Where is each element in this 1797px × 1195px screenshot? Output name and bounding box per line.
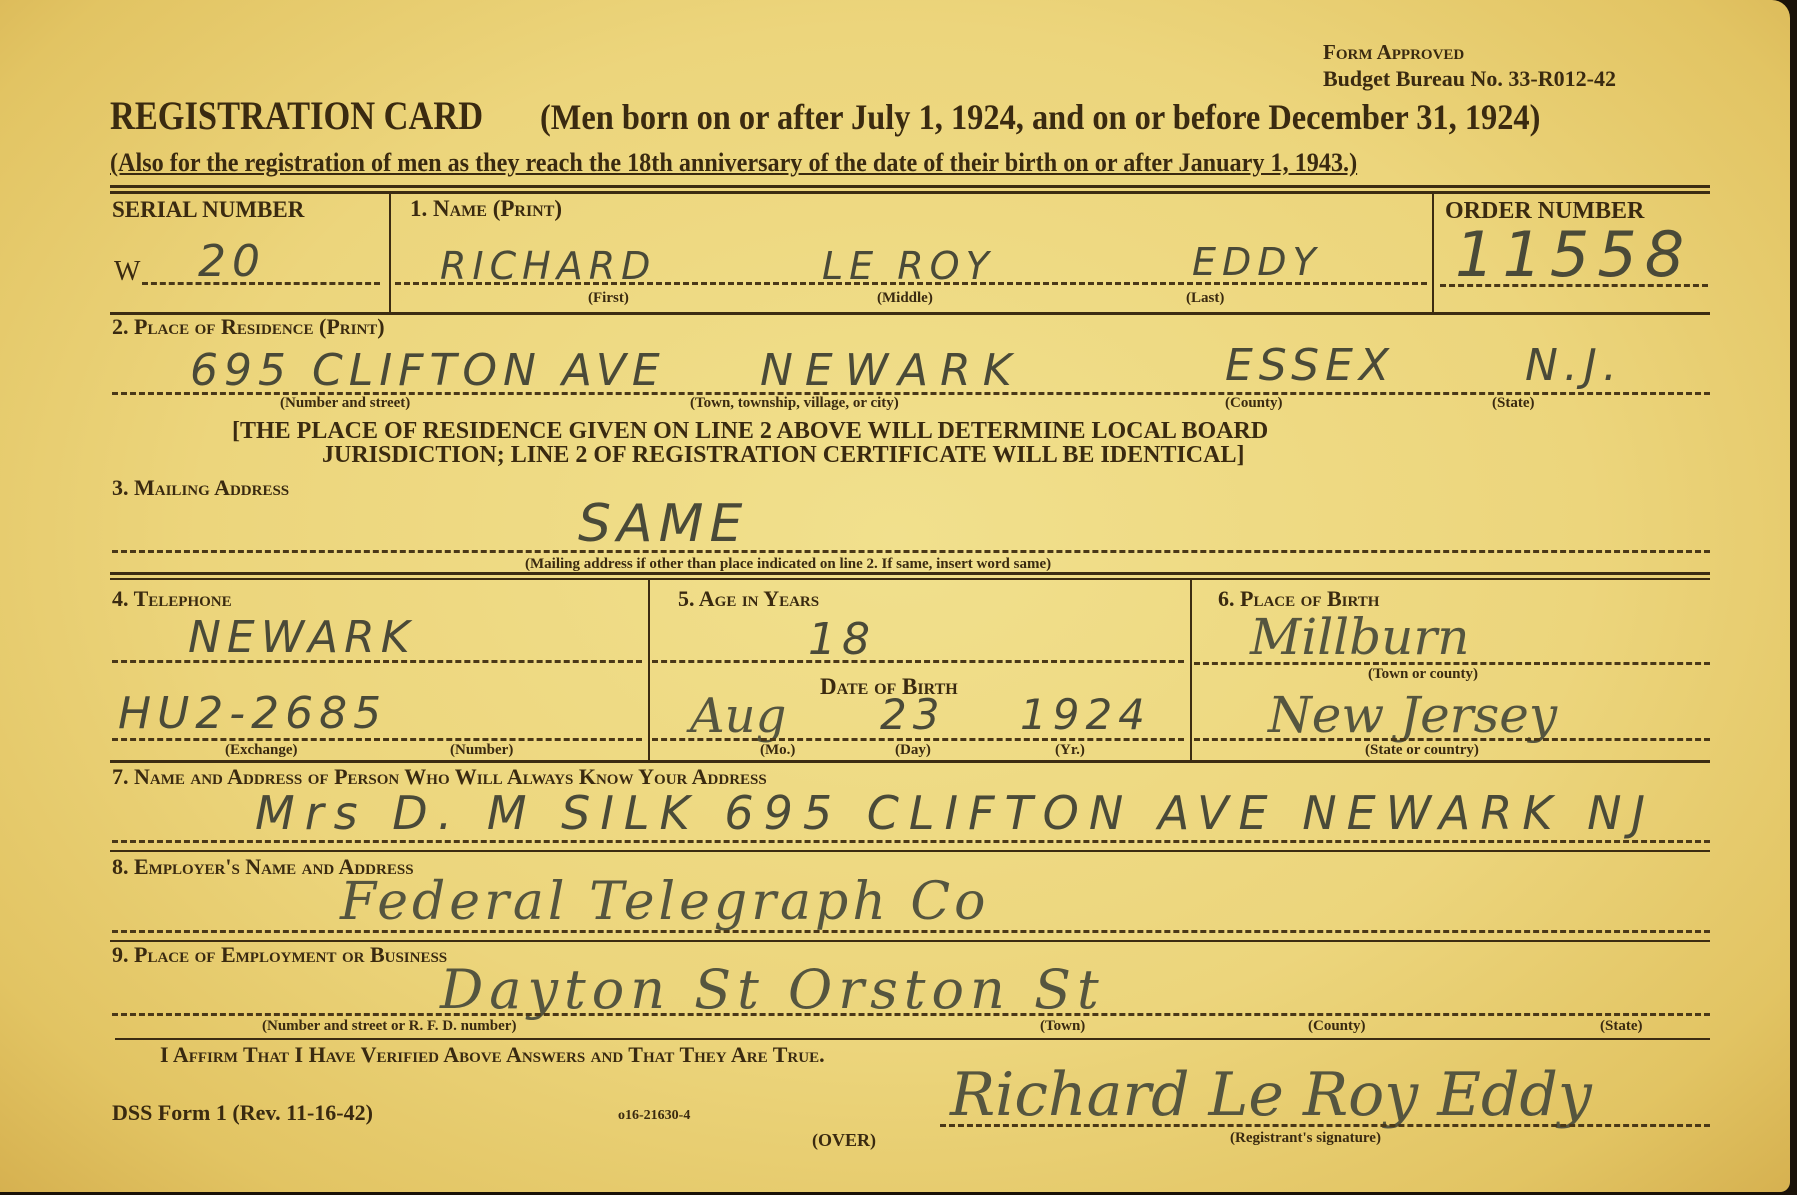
employment-state-caption: (State) <box>1600 1018 1642 1035</box>
registration-card: Form Approved Budget Bureau No. 33-R012-… <box>0 0 1790 1192</box>
birth-day-value: 23 <box>880 690 945 739</box>
employment-street-caption: (Number and street or R. F. D. number) <box>262 1018 516 1035</box>
middle-caption: (Middle) <box>877 290 933 307</box>
street-caption: (Number and street) <box>280 395 410 412</box>
first-name-value: RICHARD <box>440 244 656 288</box>
county-caption: (County) <box>1225 395 1283 412</box>
contact-person-value: Mrs D. M SILK 695 CLIFTON AVE NEWARK NJ <box>255 786 1655 840</box>
age-label: 5. Age in Years <box>678 586 819 612</box>
signature-caption: (Registrant's signature) <box>1230 1130 1381 1147</box>
age-value: 18 <box>808 614 876 665</box>
form-approved: Form Approved <box>1323 40 1464 65</box>
birth-month-value: Aug <box>690 688 786 744</box>
registrant-signature: Richard Le Roy Eddy <box>950 1060 1592 1130</box>
telephone-number-value: HU2-2685 <box>118 688 387 739</box>
serial-number-value: 20 <box>198 236 266 287</box>
year-caption: (Yr.) <box>1055 742 1085 759</box>
first-caption: (First) <box>588 290 629 307</box>
subtitle: (Also for the registration of men as the… <box>110 148 1357 178</box>
birth-town-value: Millburn <box>1250 608 1469 666</box>
name-label: 1. Name (Print) <box>410 196 562 222</box>
employment-place-value: Dayton St Orston St <box>440 958 1105 1021</box>
number-caption: (Number) <box>450 742 513 759</box>
print-code: o16-21630-4 <box>618 1108 690 1124</box>
telephone-label: 4. Telephone <box>112 586 232 612</box>
affirmation-text: I Affirm That I Have Verified Above Answ… <box>160 1042 825 1068</box>
order-number-value: 11558 <box>1455 218 1692 291</box>
mailing-caption: (Mailing address if other than place ind… <box>525 556 1051 573</box>
telephone-exchange-value: NEWARK <box>188 612 416 663</box>
residence-county-value: ESSEX <box>1225 340 1395 391</box>
over-label: (OVER) <box>812 1130 876 1151</box>
birth-town-caption: (Town or county) <box>1368 666 1478 683</box>
exchange-caption: (Exchange) <box>225 742 298 759</box>
month-caption: (Mo.) <box>760 742 795 759</box>
last-caption: (Last) <box>1186 290 1224 307</box>
page-title: REGISTRATION CARD <box>110 92 483 139</box>
budget-bureau-number: Budget Bureau No. 33-R012-42 <box>1323 66 1616 92</box>
residence-label: 2. Place of Residence (Print) <box>112 314 385 340</box>
middle-name-value: LE ROY <box>822 244 995 288</box>
birth-state-value: New Jersey <box>1268 686 1557 744</box>
employment-county-caption: (County) <box>1308 1018 1366 1035</box>
birth-state-caption: (State or country) <box>1365 742 1479 759</box>
residence-town-value: NEWARK <box>760 345 1024 396</box>
residence-notice-line2: JURISDICTION; LINE 2 OF REGISTRATION CER… <box>322 442 1244 469</box>
mailing-address-label: 3. Mailing Address <box>112 475 289 501</box>
last-name-value: EDDY <box>1192 240 1322 284</box>
employment-town-caption: (Town) <box>1040 1018 1085 1035</box>
eligibility-note: (Men born on or after July 1, 1924, and … <box>540 96 1540 138</box>
residence-street-value: 695 CLIFTON AVE <box>190 345 666 396</box>
birth-year-value: 1924 <box>1020 690 1151 739</box>
serial-number-label: SERIAL NUMBER <box>112 197 304 223</box>
mailing-address-value: SAME <box>578 494 748 554</box>
residence-state-value: N.J. <box>1525 340 1623 391</box>
serial-prefix: W <box>114 256 140 288</box>
state-caption: (State) <box>1492 395 1534 412</box>
day-caption: (Day) <box>895 742 931 759</box>
employment-place-label: 9. Place of Employment or Business <box>112 942 447 968</box>
residence-notice-line1: [THE PLACE OF RESIDENCE GIVEN ON LINE 2 … <box>232 418 1268 445</box>
form-id: DSS Form 1 (Rev. 11-16-42) <box>112 1100 373 1126</box>
town-caption: (Town, township, village, or city) <box>690 395 899 412</box>
employer-value: Federal Telegraph Co <box>340 872 989 932</box>
